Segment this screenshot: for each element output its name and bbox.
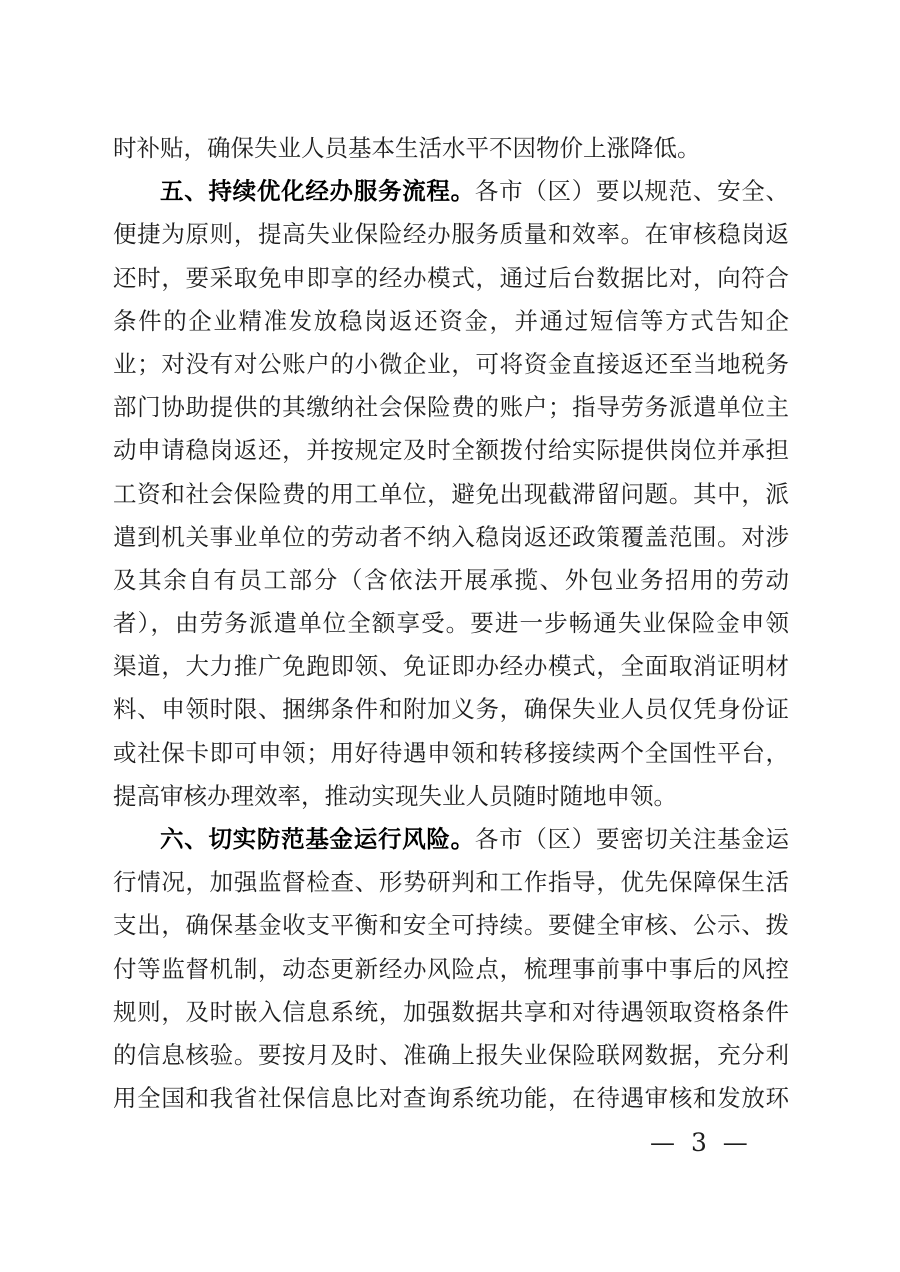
body-text: 规则，及时嵌入信息系统，加强数据共享和对待遇领取资格条件 bbox=[113, 998, 789, 1026]
text-line: 或社保卡即可申领；用好待遇申领和转移接续两个全国性平台， bbox=[113, 732, 789, 775]
text-line: 料、申领时限、捆绑条件和附加义务，确保失业人员仅凭身份证 bbox=[113, 688, 789, 731]
body-text: 各市（区）要密切关注基金运 bbox=[475, 825, 789, 853]
body-text: 工资和社会保险费的用工单位，避免出现截滞留问题。其中，派 bbox=[113, 480, 789, 508]
body-text: 渠道，大力推广免跑即领、免证即办经办模式，全面取消证明材 bbox=[113, 652, 789, 680]
body-text: 支出，确保基金收支平衡和安全可持续。要健全审核、公示、拨 bbox=[113, 911, 789, 939]
text-line: 部门协助提供的其缴纳社会保险费的账户；指导劳务派遣单位主 bbox=[113, 386, 789, 429]
page-number: — 3 — bbox=[650, 1126, 748, 1160]
text-line: 及其余自有员工部分（含依法开展承揽、外包业务招用的劳动 bbox=[113, 559, 789, 602]
text-line: 行情况，加强监督检查、形势研判和工作指导，优先保障保生活 bbox=[113, 861, 789, 904]
section-heading: 五、持续优化经办服务流程。 bbox=[160, 177, 475, 205]
text-line: 条件的企业精准发放稳岗返还资金，并通过短信等方式告知企 bbox=[113, 300, 789, 343]
body-text: 还时，要采取免申即享的经办模式，通过后台数据比对，向符合 bbox=[113, 264, 789, 292]
section-heading: 六、切实防范基金运行风险。 bbox=[160, 825, 475, 853]
text-line: 工资和社会保险费的用工单位，避免出现截滞留问题。其中，派 bbox=[113, 473, 789, 516]
body-text: 业；对没有对公账户的小微企业，可将资金直接返还至当地税务 bbox=[113, 350, 789, 378]
text-line: 还时，要采取免申即享的经办模式，通过后台数据比对，向符合 bbox=[113, 257, 789, 300]
body-text: 的信息核验。要按月及时、准确上报失业保险联网数据，充分利 bbox=[113, 1041, 789, 1069]
body-text: 时补贴，确保失业人员基本生活水平不因物价上涨降低。 bbox=[113, 134, 701, 162]
document-body: 时补贴，确保失业人员基本生活水平不因物价上涨降低。五、持续优化经办服务流程。各市… bbox=[113, 127, 789, 1120]
body-text: 料、申领时限、捆绑条件和附加义务，确保失业人员仅凭身份证 bbox=[113, 695, 789, 723]
text-line: 提高审核办理效率，推动实现失业人员随时随地申领。 bbox=[113, 775, 789, 818]
body-text: 动申请稳岗返还，并按规定及时全额拨付给实际提供岗位并承担 bbox=[113, 436, 789, 464]
body-text: 部门协助提供的其缴纳社会保险费的账户；指导劳务派遣单位主 bbox=[113, 393, 789, 421]
text-line: 时补贴，确保失业人员基本生活水平不因物价上涨降低。 bbox=[113, 127, 789, 170]
body-text: 行情况，加强监督检查、形势研判和工作指导，优先保障保生活 bbox=[113, 868, 789, 896]
body-text: 付等监督机制，动态更新经办风险点，梳理事前事中事后的风控 bbox=[113, 955, 789, 983]
text-line: 便捷为原则，提高失业保险经办服务质量和效率。在审核稳岗返 bbox=[113, 213, 789, 256]
text-line: 规则，及时嵌入信息系统，加强数据共享和对待遇领取资格条件 bbox=[113, 991, 789, 1034]
body-text: 用全国和我省社保信息比对查询系统功能，在待遇审核和发放环 bbox=[113, 1084, 789, 1112]
body-text: 条件的企业精准发放稳岗返还资金，并通过短信等方式告知企 bbox=[113, 307, 789, 335]
body-text: 或社保卡即可申领；用好待遇申领和转移接续两个全国性平台， bbox=[113, 739, 789, 767]
text-line: 付等监督机制，动态更新经办风险点，梳理事前事中事后的风控 bbox=[113, 948, 789, 991]
text-line: 遣到机关事业单位的劳动者不纳入稳岗返还政策覆盖范围。对涉 bbox=[113, 516, 789, 559]
text-line: 动申请稳岗返还，并按规定及时全额拨付给实际提供岗位并承担 bbox=[113, 429, 789, 472]
body-text: 遣到机关事业单位的劳动者不纳入稳岗返还政策覆盖范围。对涉 bbox=[113, 523, 789, 551]
body-text: 各市（区）要以规范、安全、 bbox=[475, 177, 789, 205]
body-text: 便捷为原则，提高失业保险经办服务质量和效率。在审核稳岗返 bbox=[113, 220, 789, 248]
text-line: 六、切实防范基金运行风险。各市（区）要密切关注基金运 bbox=[113, 818, 789, 861]
text-line: 五、持续优化经办服务流程。各市（区）要以规范、安全、 bbox=[113, 170, 789, 213]
body-text: 及其余自有员工部分（含依法开展承揽、外包业务招用的劳动 bbox=[113, 566, 789, 594]
text-line: 支出，确保基金收支平衡和安全可持续。要健全审核、公示、拨 bbox=[113, 904, 789, 947]
text-line: 用全国和我省社保信息比对查询系统功能，在待遇审核和发放环 bbox=[113, 1077, 789, 1120]
body-text: 提高审核办理效率，推动实现失业人员随时随地申领。 bbox=[113, 782, 677, 810]
document-page: 时补贴，确保失业人员基本生活水平不因物价上涨降低。五、持续优化经办服务流程。各市… bbox=[0, 0, 900, 1272]
text-line: 的信息核验。要按月及时、准确上报失业保险联网数据，充分利 bbox=[113, 1034, 789, 1077]
text-line: 者），由劳务派遣单位全额享受。要进一步畅通失业保险金申领 bbox=[113, 602, 789, 645]
body-text: 者），由劳务派遣单位全额享受。要进一步畅通失业保险金申领 bbox=[113, 609, 789, 637]
text-line: 渠道，大力推广免跑即领、免证即办经办模式，全面取消证明材 bbox=[113, 645, 789, 688]
text-line: 业；对没有对公账户的小微企业，可将资金直接返还至当地税务 bbox=[113, 343, 789, 386]
